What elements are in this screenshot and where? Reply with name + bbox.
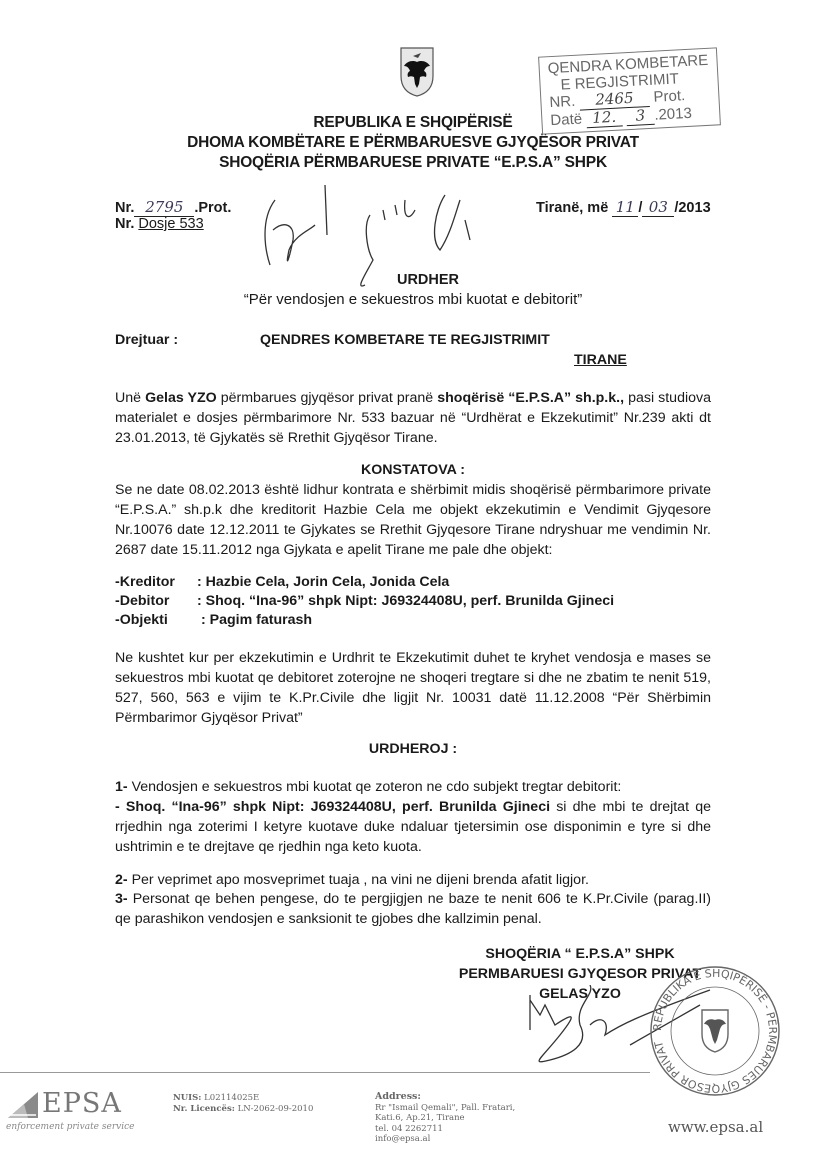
address-phone: tel. 04 2262711: [375, 1124, 515, 1135]
addressee-city: TIRANE: [574, 352, 627, 368]
protocol-number: Nr.2795.Prot.: [115, 198, 231, 217]
dosje-label: Nr.: [115, 216, 134, 232]
date-day: 11: [612, 198, 638, 217]
konstatova-heading: KONSTATOVA :: [115, 462, 711, 478]
addressee-recipient: QENDRES KOMBETARE TE REGJISTRIMIT: [260, 332, 550, 348]
party-value: : Hazbie Cela, Jorin Cela, Jonida Cela: [197, 573, 449, 592]
footer-divider: [0, 1072, 650, 1073]
epsa-logo-text: EPSA: [42, 1088, 122, 1119]
company-name: shoqërisë “E.P.S.A” sh.p.k.,: [437, 390, 624, 406]
order-item-1: 1- Vendosjen e sekuestros mbi kuotat qe …: [115, 777, 711, 857]
prot-label: .Prot.: [194, 200, 231, 216]
stamp-date-month: 3: [626, 107, 655, 126]
nr-handwritten: 2795: [134, 198, 194, 217]
epsa-tagline: enforcement private service: [6, 1122, 134, 1132]
header-chamber: DHOMA KOMBËTARE E PËRMBARUESVE GJYQËSOR …: [0, 134, 826, 152]
konstatova-paragraph: Se ne date 08.02.2013 është lidhur kontr…: [115, 480, 711, 560]
address-line: Rr "Ismail Qemali", Pall. Fratari,: [375, 1103, 515, 1114]
website-link[interactable]: www.epsa.al: [668, 1118, 763, 1136]
stamp-nr-label: NR.: [549, 93, 576, 111]
epsa-logo-icon: [6, 1090, 40, 1120]
party-label: -Kreditor: [115, 573, 197, 592]
party-value: : Shoq. “Ina-96” shpk Nipt: J69324408U, …: [197, 592, 614, 611]
date-year: /2013: [674, 200, 710, 216]
order-number: 1-: [115, 779, 128, 795]
party-value: : Pagim faturash: [197, 611, 312, 630]
albanian-eagle-coat-of-arms-icon: [399, 46, 435, 98]
dosje-value: Dosje 533: [138, 216, 203, 232]
party-objekti: -Objekti : Pagim faturash: [115, 611, 715, 630]
order-text: Per veprimet apo mosveprimet tuaja , na …: [128, 872, 589, 888]
executor-name: Gelas YZO: [145, 390, 217, 406]
urdheroj-heading: URDHEROJ :: [115, 741, 711, 757]
party-label: -Debitor: [115, 592, 197, 611]
stamp-date-year: .2013: [654, 105, 692, 124]
intro-paragraph: Unë Gelas YZO përmbarues gjyqësor privat…: [115, 388, 711, 448]
document-title: URDHER: [0, 272, 826, 288]
stamp-prot-label: Prot.: [653, 87, 686, 106]
addressee-label: Drejtuar :: [115, 332, 178, 348]
place-label: Tiranë, më: [536, 200, 608, 216]
address-email: info@epsa.al: [375, 1134, 515, 1145]
stamp-date-label: Datë: [550, 111, 583, 130]
order-item-3: 3- Personat qe behen pengese, do te perg…: [115, 889, 711, 929]
parties-list: -Kreditor : Hazbie Cela, Jorin Cela, Jon…: [115, 573, 715, 630]
party-label: -Objekti: [115, 611, 197, 630]
dosje-number: Nr. Dosje 533: [115, 216, 204, 232]
footer-address: Address: Rr "Ismail Qemali", Pall. Frata…: [375, 1092, 515, 1145]
header-company: SHOQËRIA PËRMBARUESE PRIVATE “E.P.S.A” S…: [0, 154, 826, 172]
nuis-value: L02114025E: [204, 1093, 259, 1103]
nuis-label: NUIS:: [173, 1093, 201, 1103]
stamp-date-day: 12.: [586, 108, 623, 128]
order-text: Personat qe behen pengese, do te pergjig…: [115, 891, 711, 927]
licence-label: Nr. Licencës:: [173, 1104, 235, 1114]
order-number: 3-: [115, 891, 128, 907]
date-month: 03: [642, 198, 674, 217]
licence-value: LN-2062-09-2010: [238, 1104, 314, 1114]
company-round-stamp-icon: REPUBLIKA E SHQIPËRISË - PËRMBARUES GJYQ…: [646, 962, 784, 1100]
order-debtor: - Shoq. “Ina-96” shpk Nipt: J69324408U, …: [115, 799, 550, 815]
address-line: Kati.6, Ap.21, Tirane: [375, 1113, 515, 1124]
place-date: Tiranë, më 11/03/2013: [536, 198, 711, 217]
document-subtitle: “Për vendosjen e sekuestros mbi kuotat e…: [0, 291, 826, 308]
registry-stamp: QENDRA KOMBETARE E REGJISTRIMIT NR. 2465…: [538, 47, 720, 134]
order-number: 2-: [115, 872, 128, 888]
intro-text: përmbarues gjyqësor privat pranë: [217, 390, 438, 406]
nr-label: Nr.: [115, 200, 134, 216]
order-item-2: 2- Per veprimet apo mosveprimet tuaja , …: [115, 870, 711, 890]
intro-text: Unë: [115, 390, 145, 406]
conditions-paragraph: Ne kushtet kur per ekzekutimin e Urdhrit…: [115, 648, 711, 728]
footer-nuis: NUIS: L02114025E Nr. Licencës: LN-2062-0…: [173, 1093, 313, 1114]
party-debitor: -Debitor : Shoq. “Ina-96” shpk Nipt: J69…: [115, 592, 715, 611]
party-kreditor: -Kreditor : Hazbie Cela, Jorin Cela, Jon…: [115, 573, 715, 592]
order-text: Vendosjen e sekuestros mbi kuotat qe zot…: [128, 779, 622, 795]
address-label: Address:: [375, 1092, 515, 1103]
signature-company: SHOQËRIA “ E.P.S.A” SHPK: [455, 944, 705, 964]
